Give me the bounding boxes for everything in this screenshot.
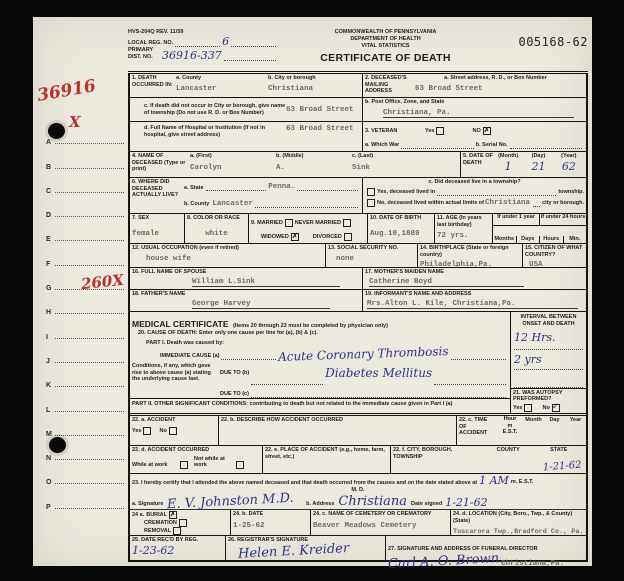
never-married-label: NEVER MARRIED [295, 220, 341, 227]
divorced-label: DIVORCED [313, 234, 342, 241]
margin-letter: P [46, 504, 55, 511]
autopsy-yes-checkbox [524, 404, 532, 412]
dotted-line [451, 357, 506, 360]
field-24c-label: 24. c. NAME OF CEMETERY OR CREMATORY [313, 511, 448, 518]
local-reg-value: 6 [222, 36, 229, 47]
field-2b-label: b. Post Office, Zone, and State [365, 99, 584, 106]
field-1a-value: Lancaster [176, 85, 268, 93]
hours-label: Hours [540, 236, 564, 243]
part1-label: PART I. Death was caused by: [146, 340, 508, 347]
field-17-label: 17. MOTHER'S MAIDEN NAME [365, 269, 584, 276]
death-month-value: 1 [493, 161, 523, 172]
margin-letter: O [46, 479, 55, 486]
which-war-label: a. Which War [365, 142, 399, 149]
margin-letter: E [46, 236, 55, 243]
form-number: HVS-204Q REV. 11/59 [128, 29, 278, 36]
signature-label: a. Signature [132, 501, 163, 508]
accident-year-label: Year [565, 416, 586, 445]
divorced-checkbox [344, 233, 352, 241]
dotted-line [55, 240, 124, 241]
dotted-line [297, 188, 358, 191]
hour-label: Hour [497, 416, 523, 423]
field-12-value: house wife [146, 255, 323, 263]
day-label: (Day) [523, 153, 553, 160]
field-2b-value: Christiana, Pa. [383, 109, 574, 118]
field-24b-value: 1-25-62 [233, 522, 308, 530]
field-7-label: 7. SEX [132, 215, 182, 222]
death-day-value: 21 [523, 161, 553, 172]
field-2a-value: 63 Broad Street [415, 85, 584, 93]
margin-letter-row: I [46, 316, 126, 340]
conditions-label: Conditions, if any, which gave rise to a… [132, 361, 220, 385]
field-6-label: 6. WHERE DID DECEASED ACTUALLY LIVE? [132, 179, 184, 212]
accident-no-checkbox [169, 427, 177, 435]
accident-day-label: Day [544, 416, 565, 445]
immediate-cause-value: Acute Coronary Thrombosis [278, 345, 449, 363]
margin-letter: G [46, 285, 55, 292]
field-4b-value: A. [276, 164, 352, 172]
field-16-value: William L.Sink [192, 278, 340, 287]
township-yes-label: Yes, deceased lived in [377, 189, 435, 196]
township-no-checkbox [367, 199, 375, 207]
field-8-label: 8. COLOR OR RACE [187, 215, 246, 222]
dotted-line [55, 143, 124, 144]
margin-letter: F [46, 261, 55, 268]
margin-letter-row: K [46, 365, 126, 389]
dotted-line [55, 386, 124, 387]
dept-line: DEPARTMENT OF HEALTH [278, 36, 493, 43]
dotted-line [206, 188, 267, 191]
physician-signature: E. V. Johnston M.D. [167, 491, 294, 511]
dotted-line [401, 146, 473, 149]
m-label: m [497, 423, 523, 430]
margin-index-column: A B C D E F G H I J K L M N O P [46, 122, 126, 511]
margin-letter-row: L [46, 389, 126, 413]
margin-letter-row: D [46, 195, 126, 219]
dotted-line [510, 146, 582, 149]
dotted-line [55, 508, 124, 509]
field-4b-label: b. (Middle) [276, 153, 352, 160]
field-6a-label: a. State [184, 185, 204, 192]
dotted-line [55, 265, 124, 266]
field-3-label: 3. VETERAN [365, 128, 425, 135]
field-19-value: Mrs.Alton L. Kile, Christiana,Pa. [367, 300, 578, 309]
township-no-value: Christiana [485, 199, 530, 207]
never-married-checkbox [343, 219, 351, 227]
dotted-line [533, 204, 540, 207]
removal-label: REMOVAL [144, 528, 171, 535]
margin-annotation-red: 36916 [36, 76, 98, 106]
form-header: HVS-204Q REV. 11/59 LOCAL REG. NO. 6 PRI… [128, 27, 588, 74]
field-22f-label: 22. f. CITY, BOROUGH, TOWNSHIP [393, 447, 483, 472]
field-1-label: 1. DEATH OCCURRED IN: [132, 75, 176, 96]
dotted-line [55, 168, 124, 169]
dotted-line [55, 192, 124, 193]
field-11-label: 11. AGE (In years last birthday) [437, 215, 490, 228]
margin-letter: C [46, 188, 55, 195]
margin-letter: J [46, 358, 55, 365]
vital-line: VITAL STATISTICS [278, 43, 493, 50]
accident-no-label: No [159, 428, 166, 435]
margin-letter-row: B [46, 146, 126, 170]
interval-header: INTERVAL BETWEEN ONSET AND DEATH [511, 312, 586, 328]
medical-certificate-subtitle: (Items 20 through 23 must be completed b… [233, 323, 388, 329]
dotted-line [55, 459, 124, 460]
local-reg-label: LOCAL REG. NO. [128, 40, 173, 47]
margin-letter-row: M [46, 414, 126, 438]
death-year-value: 62 [554, 161, 584, 172]
certificate-number-stamp: 005168-62 [518, 35, 588, 49]
dotted-line [55, 483, 124, 484]
field-22d-label: 22. d. ACCIDENT OCCURRED [132, 447, 260, 454]
field-1d-value: 63 Broad Street [286, 123, 354, 150]
field-1c-label: c. If death did not occur in City or bor… [144, 103, 286, 116]
field-20-label: 20. CAUSE OF DEATH: Enter only one cause… [130, 330, 510, 340]
field-24d-label: 24. d. LOCATION (City, Boro., Twp., & Co… [453, 511, 584, 524]
due-to-c-label: DUE TO (c) [220, 391, 249, 398]
veteran-no-label: NO [472, 128, 480, 135]
due-to-b-value: Diabetes Mellitus [325, 367, 432, 379]
field-11-value: 72 yrs. [437, 232, 490, 240]
dotted-line [55, 216, 124, 217]
field-1b-label: b. City or borough [268, 75, 360, 82]
margin-letter-row: G [46, 268, 126, 292]
physician-address: Christiana [338, 495, 407, 508]
field-16-label: 16. FULL NAME OF SPOUSE [132, 269, 360, 276]
field-4a-value: Carolyn [190, 164, 276, 172]
cremation-checkbox [179, 519, 187, 527]
field-6c-label: c. Did deceased live in a township? [365, 179, 584, 186]
field-12-label: 12. USUAL OCCUPATION (even if retired) [132, 245, 323, 252]
margin-letter-row: C [46, 171, 126, 195]
m-est-label: m. E.S.T. [511, 479, 534, 486]
veteran-yes-label: Yes [425, 128, 434, 135]
certify-time-value: 1 AM [479, 475, 509, 486]
address-label: b. Address [306, 501, 334, 508]
autopsy-yes-label: Yes [513, 405, 522, 412]
not-while-at-work-checkbox [236, 461, 244, 469]
field-8-value: white [187, 230, 246, 238]
field-24d-value: Tuscarora Twp.,Bradford Co., Pa. [453, 528, 584, 536]
margin-letter: B [46, 164, 55, 171]
margin-letter-row: P [46, 486, 126, 510]
field-17-value: Catherine Boyd [369, 278, 524, 287]
autopsy-no-checkbox: ✓ [552, 404, 560, 412]
margin-letter: A [46, 139, 55, 146]
field-4-label: 4. NAME OF DECEASED (Type or print) [132, 153, 190, 176]
field-22b-label: 22. b. DESCRIBE HOW ACCIDENT OCCURRED [221, 417, 454, 424]
serial-no-label: b. Serial No. [476, 142, 508, 149]
min-label: Min. [564, 236, 587, 243]
while-at-work-label: While at work [132, 462, 178, 469]
part2-label: PART II. OTHER SIGNIFICANT CONDITIONS: c… [130, 398, 510, 413]
commonwealth-line: COMMONWEALTH OF PENNSYLVANIA [278, 29, 493, 36]
field-6a-value: Penna. [268, 183, 295, 191]
field-4c-value: Sink [352, 164, 458, 172]
burial-label: BURIAL [146, 512, 167, 519]
scanned-death-certificate: 36916 X 260X A B C D E F G H I J K L M N… [0, 0, 624, 581]
date-signed-value: 1-21-62 [445, 497, 487, 508]
interval-b-value: 2 yrs [514, 353, 542, 366]
days-label: Days [517, 236, 541, 243]
field-10-label: 10. DATE OF BIRTH [370, 215, 432, 222]
field-4c-label: c. (Last) [352, 153, 458, 160]
certificate-paper: 36916 X 260X A B C D E F G H I J K L M N… [33, 17, 592, 566]
field-21-label: 21. WAS AUTOPSY PREFORMED? [513, 390, 584, 403]
not-while-at-work-label: Not while at work [194, 456, 234, 469]
field-5-label: 5. DATE OF DEATH [463, 153, 493, 176]
accident-yes-checkbox [143, 427, 151, 435]
field-25-label: 25. DATE REC'D BY REG. [132, 537, 223, 544]
field-14-label: 14. BIRTHPLACE (State or foreign country… [420, 245, 520, 258]
field-18-label: 18. FATHER'S NAME [132, 291, 360, 298]
field-13-value: none [336, 255, 415, 263]
field-18-value: George Harvey [192, 300, 330, 309]
field-15-label: 15. CITIZEN OF WHAT COUNTRY? [525, 245, 584, 258]
field-6b-value: Lancaster [212, 200, 253, 208]
interval-a-value: 12 Hrs. [514, 331, 556, 344]
form-table: 1. DEATH OCCURRED IN: a. County Lancaste… [128, 74, 588, 562]
township-yes-checkbox [367, 188, 375, 196]
due-to-b-label: DUE TO (b) [220, 370, 249, 377]
margin-letter-row: F [46, 243, 126, 267]
dotted-line [55, 338, 124, 339]
veteran-no-checkbox: ✗ [483, 127, 491, 135]
field-2-label: 2. DECEASED'S MAILING ADDRESS [365, 75, 407, 96]
field-13-label: 13. SOCIAL SECURITY NO. [328, 245, 415, 252]
county-label: COUNTY [483, 447, 534, 472]
margin-letter: D [46, 212, 55, 219]
dotted-line [224, 58, 276, 61]
dotted-line [55, 411, 124, 412]
while-at-work-checkbox [180, 461, 188, 469]
margin-letter: I [46, 334, 55, 341]
dotted-line [175, 44, 220, 47]
accident-month-label: Month [523, 416, 544, 445]
field-27-label: 27. SIGNATURE AND ADDRESS OF FUNERAL DIR… [388, 546, 538, 552]
field-1d-label: d. Full Name of Hospital or Institution … [144, 123, 286, 150]
under-1-year-label: If under 1 year [493, 214, 540, 225]
margin-letter-row: O [46, 462, 126, 486]
margin-letter-row: A [46, 122, 126, 146]
dotted-line [55, 289, 124, 290]
dotted-line [231, 44, 276, 47]
removal-checkbox [173, 527, 181, 535]
field-22a-label: 22. a. ACCIDENT [132, 417, 216, 424]
field-19-label: 19. INFORMANT'S NAME AND ADDRESS [365, 291, 584, 298]
field-24a-label: 24 a. [132, 512, 144, 519]
margin-letter: K [46, 382, 55, 389]
margin-letter-row: J [46, 341, 126, 365]
primary-dist-label: PRIMARY DIST. NO. [128, 47, 162, 61]
dotted-line [221, 357, 276, 360]
funeral-director-signature: Carl A. O. Brown [388, 552, 500, 571]
field-6b-label: b. County [184, 201, 209, 208]
dotted-line [55, 435, 124, 436]
widowed-checkbox: ✗ [291, 233, 299, 241]
field-7-value: female [132, 230, 182, 238]
field-1b-value: Christiana [268, 85, 360, 93]
field-24c-value: Beaver Meadows Cemetery [313, 522, 448, 530]
immediate-cause-label: IMMEDIATE CAUSE (a) [160, 353, 219, 360]
medical-certificate-title: MEDICAL CERTIFICATE [132, 319, 229, 329]
death-certificate-form: HVS-204Q REV. 11/59 LOCAL REG. NO. 6 PRI… [128, 27, 588, 562]
date-signed-label: Date signed [411, 501, 442, 508]
field-24b-label: 24. b. DATE [233, 511, 308, 518]
funeral-director-address: Christiana,Pa. [501, 560, 564, 568]
margin-letter: H [46, 309, 55, 316]
primary-dist-value: 36916-337 [162, 50, 222, 61]
est-label: E.S.T. [497, 429, 523, 436]
field-22e-label: 22. e. PLACE OF ACCIDENT (e.g., home, fa… [265, 447, 388, 460]
field-22c-label: 22. c. TIME OF ACCIDENT [457, 416, 497, 445]
certificate-title: CERTIFICATE OF DEATH [278, 52, 493, 64]
certify-statement: 23. I hereby certify that I attended the… [132, 480, 477, 486]
autopsy-no-label: No [542, 405, 549, 412]
md-label: M. D. [132, 487, 584, 494]
burial-checkbox: ✗ [169, 511, 177, 519]
cremation-label: CREMATION [144, 520, 177, 527]
borough-suffix: city or borough. [542, 200, 584, 207]
married-checkbox [285, 219, 293, 227]
field-2a-label: a. Street address, R. D., or Box Number [407, 75, 584, 82]
margin-letter: N [46, 455, 55, 462]
margin-letter-row: E [46, 219, 126, 243]
field-25-value: 1-23-62 [132, 545, 223, 556]
year-label: (Year) [554, 153, 584, 160]
month-label: (Month) [493, 153, 523, 160]
veteran-yes-checkbox [436, 127, 444, 135]
margin-letter-row: H [46, 292, 126, 316]
margin-letter-row: N [46, 438, 126, 462]
accident-yes-label: Yes [132, 428, 141, 435]
dotted-line [55, 313, 124, 314]
months-label: Months [493, 236, 517, 243]
field-10-value: Aug.10,1889 [370, 230, 432, 238]
field-1c-value: 63 Broad Street [286, 106, 354, 114]
under-24-hours-label: If under 24 hours [540, 214, 586, 225]
margin-letter: M [46, 431, 55, 438]
township-no-label: No, deceased lived within actual limits … [377, 200, 484, 207]
dotted-line [437, 193, 556, 196]
dotted-line [255, 205, 358, 208]
widowed-label: WIDOWED [261, 234, 289, 241]
field-4a-label: a. (First) [190, 153, 276, 160]
margin-letter: L [46, 407, 55, 414]
married-label: 9. MARRIED [251, 220, 283, 227]
dotted-line [55, 362, 124, 363]
township-suffix: township. [558, 189, 584, 196]
field-1a-label: a. County [176, 75, 268, 82]
